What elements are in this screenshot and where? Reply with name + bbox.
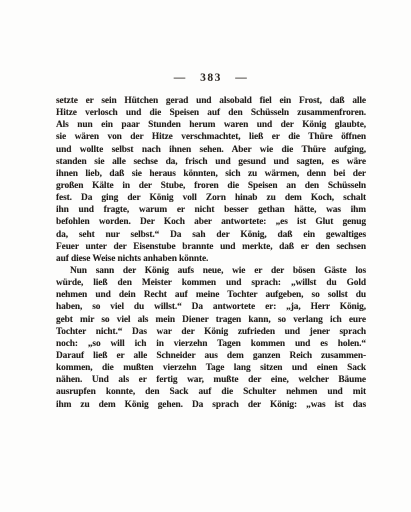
text-line: nehmen und dein Recht auf meine Tochter … — [56, 289, 366, 301]
book-page: — 383 — setzte er sein Hütchen gerad und… — [0, 0, 411, 512]
text-line: ausrupfen konnte, den Sack auf die Schul… — [56, 386, 366, 398]
text-line: da, seht nur selbst.“ Da sah der König, … — [56, 229, 366, 241]
text-line: Hitze verlosch und die Speisen auf den S… — [56, 107, 366, 119]
text-line: setzte er sein Hütchen gerad und alsobal… — [56, 95, 366, 107]
text-line: ihm zu dem König gehen. Da sprach der Kö… — [56, 399, 366, 411]
text-line: noch: „so will ich in vierzehn Tagen kom… — [56, 338, 366, 350]
text-line: Tochter nicht.“ Das war der König zufrie… — [56, 326, 366, 338]
text-line: befohlen worden. Der Koch aber antwortet… — [56, 216, 366, 228]
text-line: würde, ließ den Meister kommen und sprac… — [56, 277, 366, 289]
text-line: Als nun ein paar Stunden herum waren und… — [56, 119, 366, 131]
text-line: ihnen lieb, daß sie heraus könnten, sich… — [56, 168, 366, 180]
text-line: großen Kälte in der Stube, froren die Sp… — [56, 180, 366, 192]
text-line: Nun sann der König aufs neue, wie er der… — [56, 265, 366, 277]
text-line: kommen, die mußten vierzehn Tage lang si… — [56, 362, 366, 374]
body-text: setzte er sein Hütchen gerad und alsobal… — [56, 95, 366, 411]
text-line: auf diese Weise nichts anhaben könnte. — [56, 253, 366, 265]
text-line: ihn und fragte, warum er nicht besser ge… — [56, 204, 366, 216]
text-line: haben, so viel du willst.“ Da antwortete… — [56, 301, 366, 313]
text-line: und wollte selbst nach ihnen sehen. Aber… — [56, 144, 366, 156]
text-line: gebt mir so viel als mein Diener tragen … — [56, 314, 366, 326]
text-line: sie wären von der Hitze verschmachtet, l… — [56, 131, 366, 143]
text-line: fest. Da ging der König voll Zorn hinab … — [56, 192, 366, 204]
text-line: Feuer unter der Eisenstube brannte und m… — [56, 241, 366, 253]
text-line: Darauf ließ er alle Schneider aus dem ga… — [56, 350, 366, 362]
page-number: — 383 — — [56, 72, 366, 84]
text-line: standen sie alle sechse da, frisch und g… — [56, 156, 366, 168]
text-line: nähen. Und als er fertig war, mußte der … — [56, 374, 366, 386]
